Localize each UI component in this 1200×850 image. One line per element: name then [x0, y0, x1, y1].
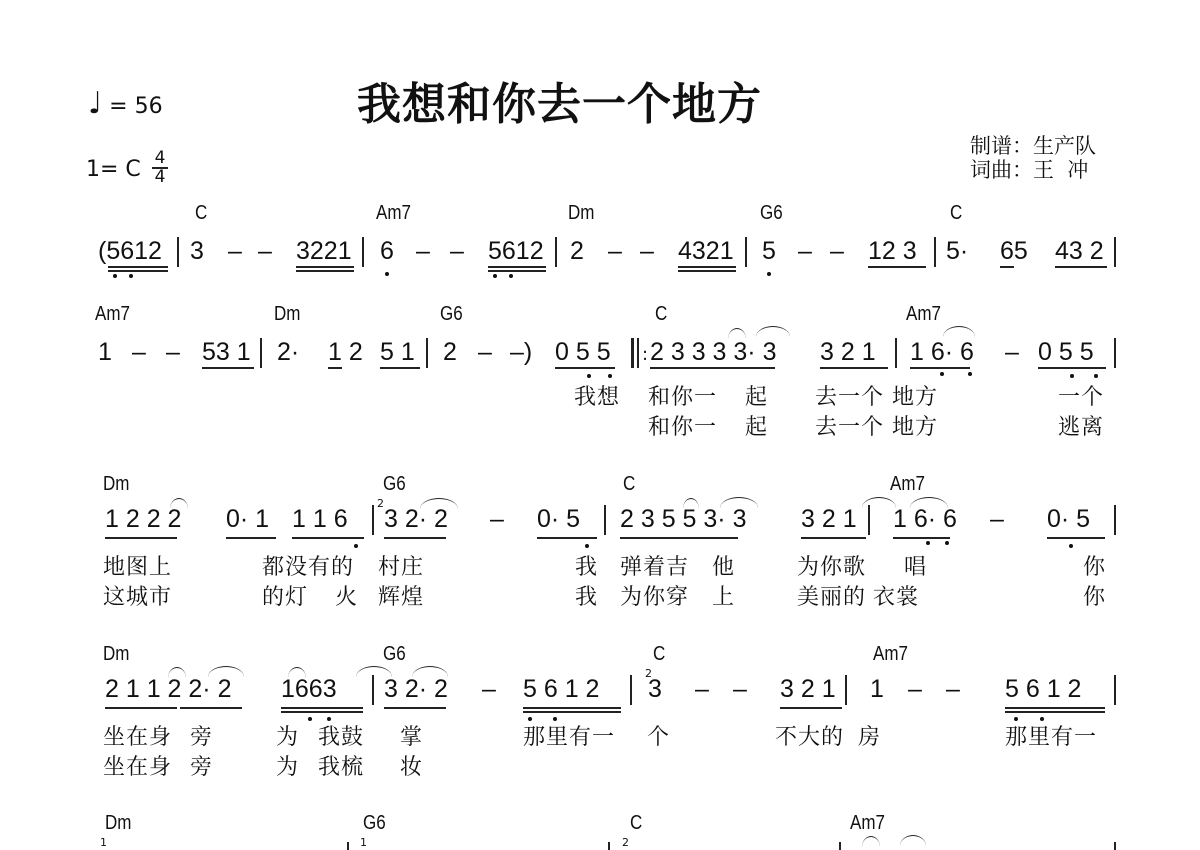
- lyric-verse-2: 上: [712, 580, 735, 611]
- lyric-verse-2: 辉煌: [378, 580, 424, 611]
- lyric-verse-2: 地方: [892, 410, 938, 441]
- note-group: 2: [443, 338, 457, 367]
- lyric-verse-2: 去一个: [815, 410, 884, 441]
- lyric-verse-1: 那里有一: [523, 720, 615, 751]
- note-group: 5 6 1 2: [1005, 675, 1081, 704]
- lyric-verse-2: 和你一: [648, 410, 717, 441]
- note-group: 5·: [946, 237, 968, 266]
- tempo-value: = 56: [109, 94, 162, 119]
- lyric-verse-1: 我想: [574, 380, 620, 411]
- lyric-verse-1: 房: [858, 720, 881, 751]
- key-signature: 1= C: [86, 157, 141, 182]
- note-group: 3 2 1: [820, 338, 876, 367]
- note-group: –: [228, 237, 242, 266]
- lyric-verse-2: 火: [335, 580, 358, 611]
- chord-symbol: Dm: [274, 303, 300, 326]
- chord-symbol: G6: [440, 303, 463, 326]
- note-group: –: [695, 675, 709, 704]
- time-sig-bottom: 4: [150, 170, 170, 185]
- chord-symbol: G6: [383, 643, 406, 666]
- lyric-verse-2: 我: [575, 580, 598, 611]
- note-group: 1 6· 6: [910, 338, 974, 367]
- tempo-marking: ♩ = 56: [88, 86, 163, 121]
- lyric-verse-2: 这城市: [103, 580, 172, 611]
- note-group: –: [166, 338, 180, 367]
- lyric-verse-1: 为你歌: [797, 550, 866, 581]
- lyric-verse-2: 的灯: [262, 580, 308, 611]
- chord-symbol: G6: [363, 812, 386, 835]
- credit-composer: 词曲：王 冲: [970, 158, 1096, 182]
- note-group: 2 1 1 2 2· 2: [105, 675, 231, 704]
- note-group: –: [258, 237, 272, 266]
- lyric-verse-2: 起: [745, 410, 768, 441]
- note-group: 0 5 5: [1038, 338, 1094, 367]
- note-group: –: [946, 675, 960, 704]
- lyric-verse-1: 旁: [190, 720, 213, 751]
- lyric-verse-2: 你: [1083, 580, 1106, 611]
- note-group: –: [482, 675, 496, 704]
- page-title: 我想和你去一个地方: [357, 68, 762, 132]
- note-group: 3 2 1: [780, 675, 836, 704]
- chord-symbol: Dm: [103, 473, 129, 496]
- lyric-verse-1: 那里有一: [1005, 720, 1097, 751]
- credit-arranger: 制谱：生产队: [970, 134, 1096, 158]
- chord-symbol: G6: [383, 473, 406, 496]
- lyric-verse-1: 弹着吉: [620, 550, 689, 581]
- credits: 制谱：生产队 词曲：王 冲: [970, 134, 1096, 182]
- lyric-verse-1: 为: [276, 720, 299, 751]
- lyric-verse-1: 村庄: [378, 550, 424, 581]
- note-group: 1 2: [328, 338, 363, 367]
- lyric-verse-1: 地图上: [103, 550, 172, 581]
- lyric-verse-1: 唱: [904, 550, 927, 581]
- note-group: 1 1 6: [292, 505, 348, 534]
- chord-symbol: Am7: [873, 643, 908, 666]
- chord-symbol: Am7: [850, 812, 885, 835]
- lyric-verse-1: 我鼓: [318, 720, 364, 751]
- lyric-verse-2: 妆: [400, 750, 423, 781]
- note-group: –: [798, 237, 812, 266]
- note-group: 1: [98, 338, 112, 367]
- note-group: –: [416, 237, 430, 266]
- note-group: 1: [870, 675, 884, 704]
- note-group: 3 2· 2: [384, 675, 448, 704]
- chord-symbol: G6: [760, 202, 783, 225]
- lyric-verse-1: 不大的: [775, 720, 844, 751]
- chord-symbol: C: [195, 202, 207, 225]
- note-group: –: [908, 675, 922, 704]
- note-group: 5 1: [380, 338, 415, 367]
- note-group: 4321: [678, 237, 734, 266]
- note-group: –): [510, 338, 532, 367]
- note-group: –: [132, 338, 146, 367]
- chord-symbol: Am7: [906, 303, 941, 326]
- note-group: 1 6· 6: [893, 505, 957, 534]
- lyric-verse-2: 坐在身: [103, 750, 172, 781]
- note-group: 5 6 1 2: [523, 675, 599, 704]
- note-group: 2: [570, 237, 584, 266]
- chord-symbol: C: [630, 812, 642, 835]
- lyric-verse-1: 起: [745, 380, 768, 411]
- note-group: 1 2 2 2: [105, 505, 181, 534]
- note-group: 2 3 5 5 3· 3: [620, 505, 746, 534]
- lyric-verse-2: 旁: [190, 750, 213, 781]
- time-signature: 4 4: [150, 151, 170, 185]
- note-group: 3 2 1: [801, 505, 857, 534]
- note-group: 12 3: [868, 237, 917, 266]
- lyric-verse-1: 掌: [400, 720, 423, 751]
- note-group: 53 1: [202, 338, 251, 367]
- note-group: –: [450, 237, 464, 266]
- note-group: 2 3 3 3 3· 3: [650, 338, 776, 367]
- note-group: 0· 5: [1047, 505, 1090, 534]
- lyric-verse-1: 和你一: [648, 380, 717, 411]
- note-group: 0· 1: [226, 505, 269, 534]
- lyric-verse-1: 一个: [1058, 380, 1104, 411]
- chord-symbol: Am7: [376, 202, 411, 225]
- lyric-verse-1: 我: [575, 550, 598, 581]
- quarter-note-icon: ♩: [88, 86, 102, 121]
- note-group: (5612: [98, 237, 162, 266]
- note-group: –: [490, 505, 504, 534]
- lyric-verse-1: 坐在身: [103, 720, 172, 751]
- chord-symbol: Dm: [105, 812, 131, 835]
- note-group: –: [990, 505, 1004, 534]
- note-group: –: [830, 237, 844, 266]
- chord-symbol: Am7: [890, 473, 925, 496]
- chord-symbol: Dm: [103, 643, 129, 666]
- chord-symbol: C: [950, 202, 962, 225]
- note-group: 0 5 5: [555, 338, 611, 367]
- note-group: 6: [380, 237, 394, 266]
- note-group: 2·: [277, 338, 299, 367]
- lyric-verse-1: 你: [1083, 550, 1106, 581]
- chord-symbol: Am7: [95, 303, 130, 326]
- chord-symbol: Dm: [568, 202, 594, 225]
- chord-symbol: C: [655, 303, 667, 326]
- note-group: –: [733, 675, 747, 704]
- lyric-verse-2: 逃离: [1058, 410, 1104, 441]
- note-group: 3: [190, 237, 204, 266]
- note-group: –: [640, 237, 654, 266]
- note-group: 5: [762, 237, 776, 266]
- note-group: 0· 5: [537, 505, 580, 534]
- lyric-verse-1: 地方: [892, 380, 938, 411]
- note-group: 1663: [281, 675, 337, 704]
- lyric-verse-1: 都没有的: [262, 550, 354, 581]
- lyric-verse-2: 衣裳: [873, 580, 919, 611]
- lyric-verse-1: 他: [712, 550, 735, 581]
- chord-symbol: C: [623, 473, 635, 496]
- note-group: –: [608, 237, 622, 266]
- time-sig-top: 4: [150, 151, 170, 166]
- lyric-verse-2: 为: [276, 750, 299, 781]
- note-group: 5612: [488, 237, 544, 266]
- lyric-verse-2: 我梳: [318, 750, 364, 781]
- note-group: –: [1005, 338, 1019, 367]
- lyric-verse-2: 美丽的: [797, 580, 866, 611]
- lyric-verse-1: 去一个: [815, 380, 884, 411]
- lyric-verse-2: 为你穿: [620, 580, 689, 611]
- note-group: 43 2: [1055, 237, 1104, 266]
- repeat-dots: :: [642, 344, 648, 365]
- chord-symbol: C: [653, 643, 665, 666]
- lyric-verse-1: 个: [647, 720, 670, 751]
- note-group: 3 2· 2: [384, 505, 448, 534]
- note-group: 65: [1000, 237, 1028, 266]
- note-group: 3221: [296, 237, 352, 266]
- note-group: –: [478, 338, 492, 367]
